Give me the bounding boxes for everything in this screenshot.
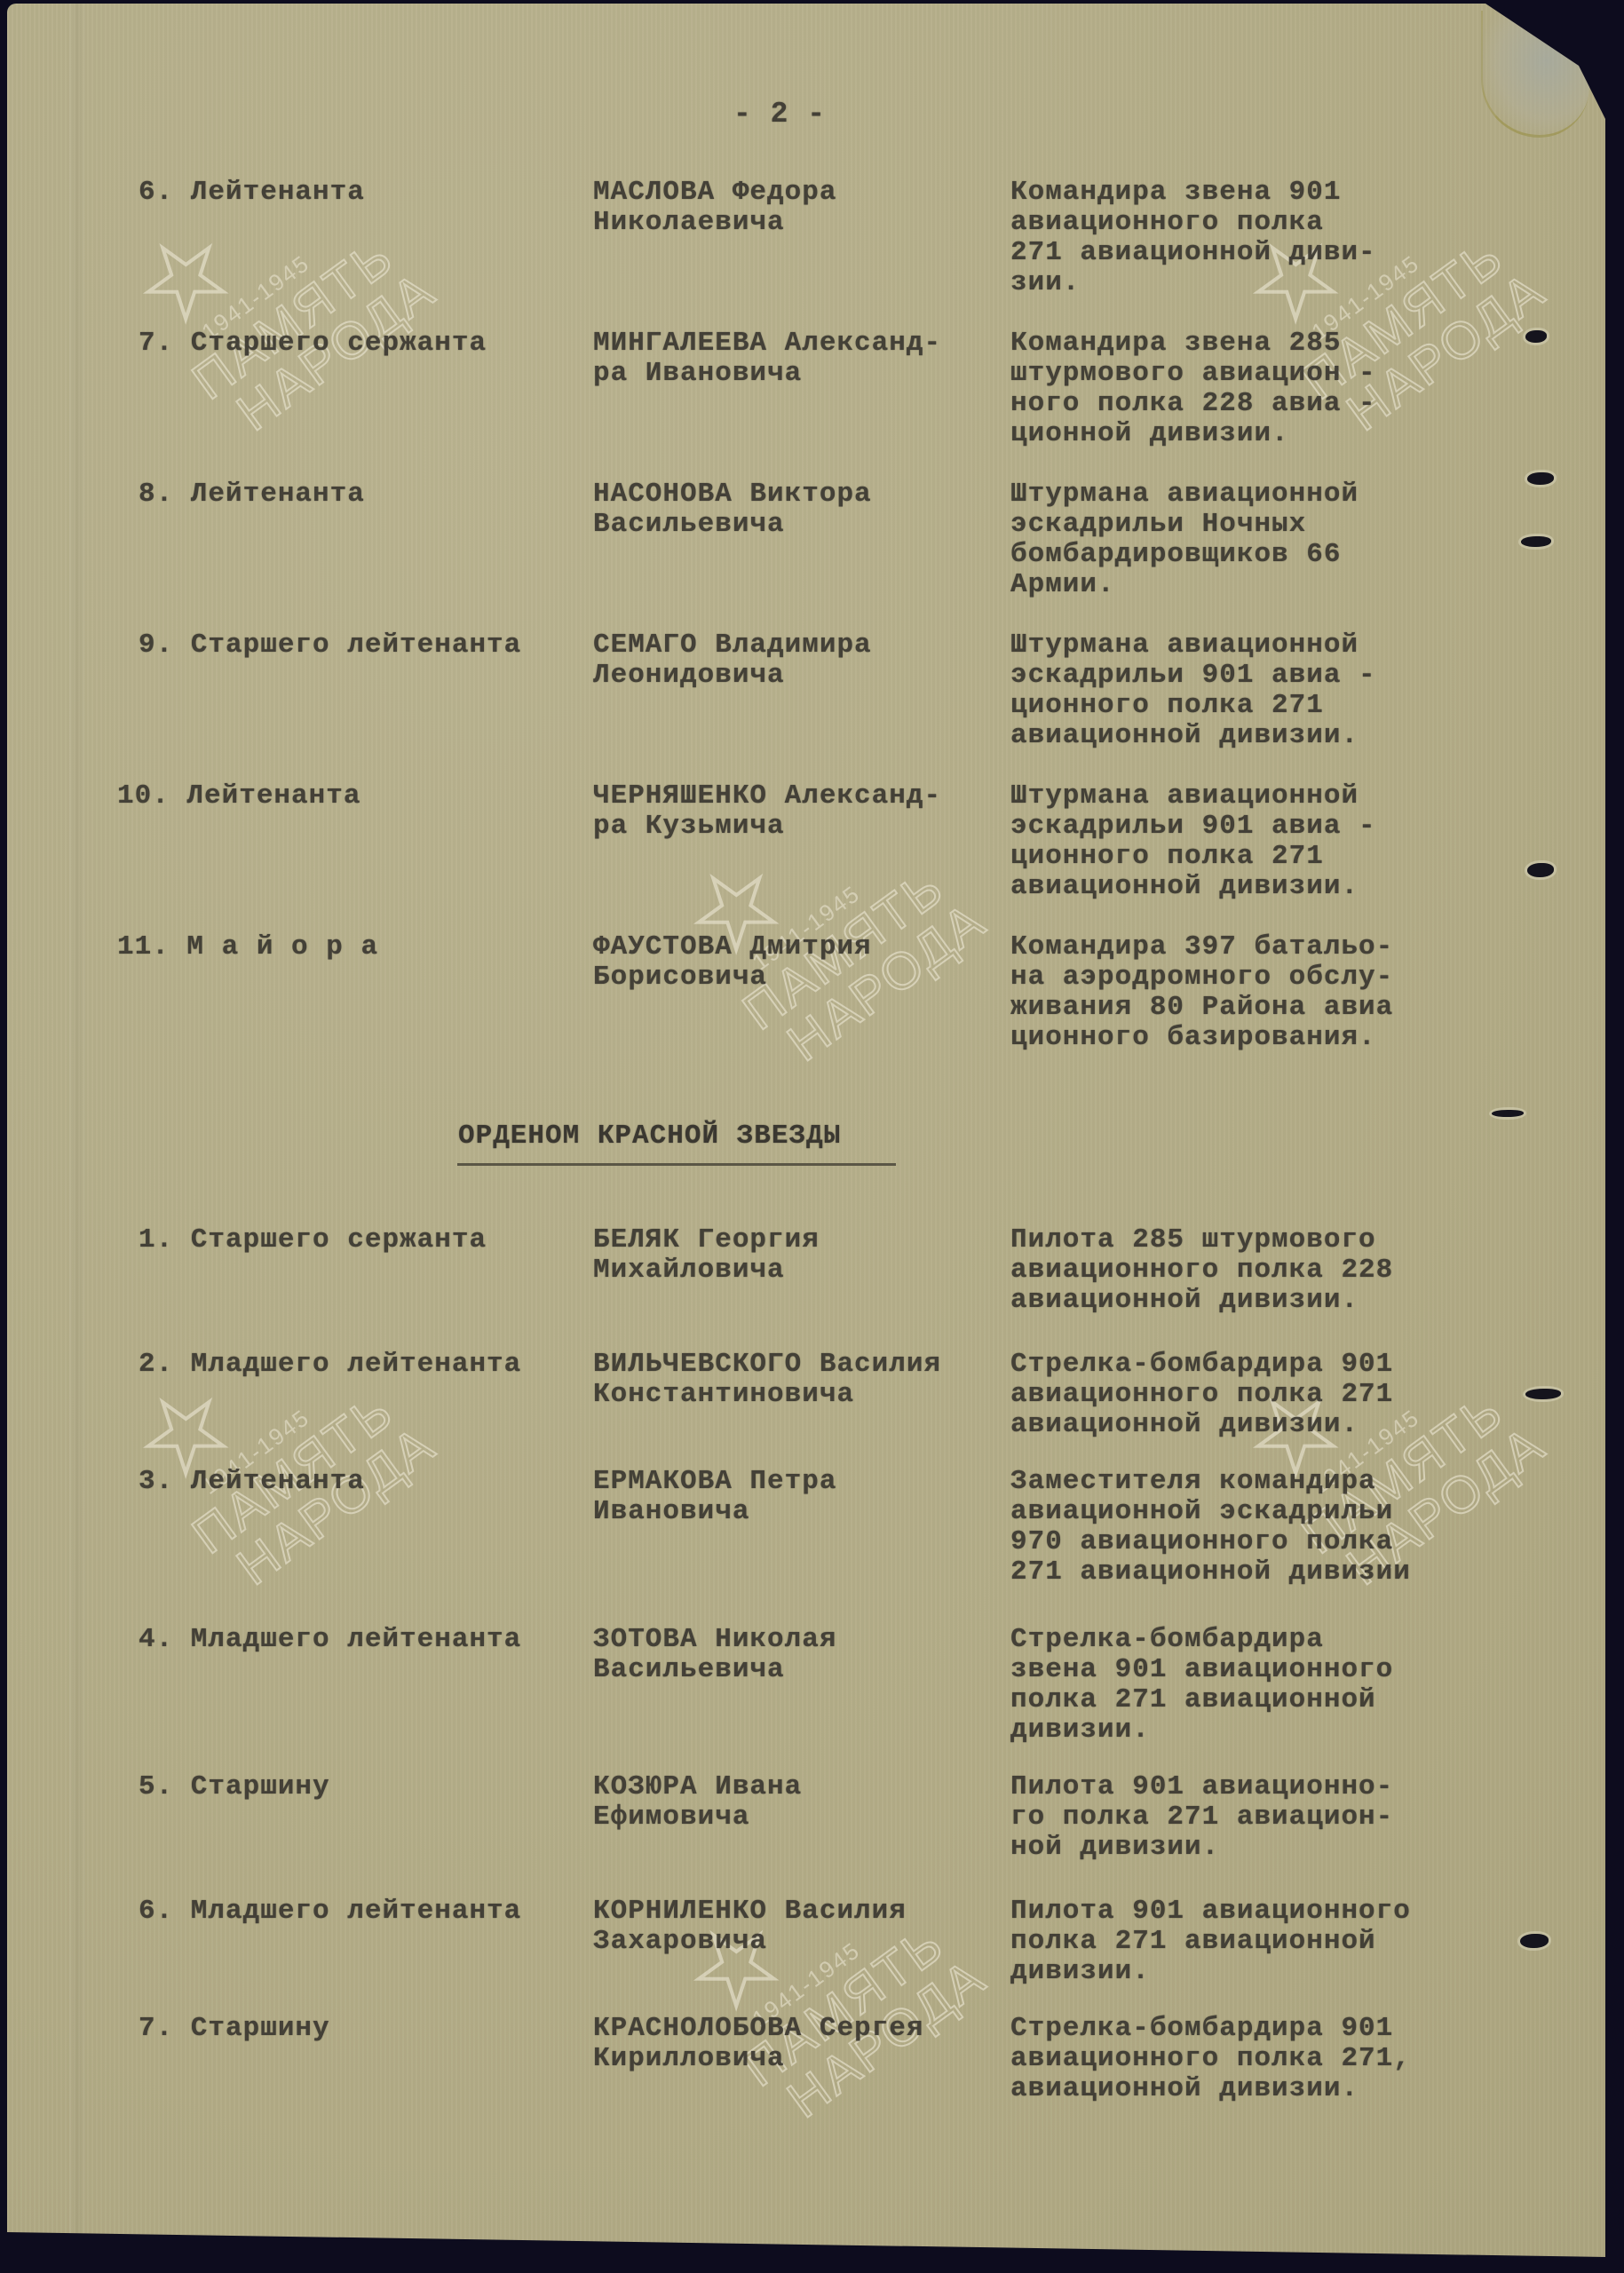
entry-name: НАСОНОВА Виктора Васильевича — [593, 479, 872, 540]
entry-rank: 8. Лейтенанта — [139, 479, 365, 510]
entry-name: ФАУСТОВА Дмитрия Борисовича — [593, 932, 872, 993]
entry-position: Пилота 285 штурмового авиационного полка… — [1010, 1225, 1393, 1316]
punch-hole — [1527, 863, 1554, 877]
entry-rank: 7. Старшину — [139, 2014, 330, 2044]
document-page: ★ 1941-1945 ПАМЯТЬ НАРОДА ★ 1941-1945 ПА… — [7, 4, 1605, 2257]
entry-rank: 1. Старшего сержанта — [139, 1225, 487, 1255]
entry-position: Штурмана авиационной эскадрильи Ночных б… — [1010, 479, 1359, 600]
entry-rank: 7. Старшего сержанта — [139, 329, 487, 359]
entry-name: ЧЕРНЯШЕНКО Александ- ра Кузьмича — [593, 781, 941, 842]
entry-rank: 4. Младшего лейтенанта — [139, 1625, 521, 1655]
section-heading: ОРДЕНОМ КРАСНОЙ ЗВЕЗДЫ — [458, 1121, 841, 1152]
entry-rank: 9. Старшего лейтенанта — [139, 630, 521, 661]
entry-name: КОЗЮРА Ивана Ефимовича — [593, 1772, 802, 1833]
entry-rank: 3. Лейтенанта — [139, 1467, 365, 1497]
entry-name: ВИЛЬЧЕВСКОГО Василия Константиновича — [593, 1350, 941, 1410]
entry-position: Пилота 901 авиационно- го полка 271 авиа… — [1010, 1772, 1393, 1863]
entry-rank: 6. Младшего лейтенанта — [139, 1897, 521, 1927]
punch-hole — [1521, 536, 1551, 547]
paper-fold — [69, 4, 85, 2257]
entry-name: КРАСНОЛОБОВА Сергея Кирилловича — [593, 2014, 923, 2074]
watermark: ★ 1941-1945 ПАМЯТЬ НАРОДА — [114, 125, 444, 450]
entry-position: Штурмана авиационной эскадрильи 901 авиа… — [1010, 630, 1376, 751]
entry-rank: 5. Старшину — [139, 1772, 330, 1802]
heading-underline — [457, 1163, 896, 1166]
paper-stain — [1481, 11, 1589, 138]
entry-name: КОРНИЛЕНКО Василия Захаровича — [593, 1897, 907, 1957]
entry-name: СЕМАГО Владимира Леонидовича — [593, 630, 872, 691]
entry-position: Заместителя командира авиационной эскадр… — [1010, 1467, 1411, 1588]
entry-position: Пилота 901 авиационного полка 271 авиаци… — [1010, 1897, 1411, 1987]
entry-rank: 10. Лейтенанта — [117, 781, 360, 812]
entry-rank: 2. Младшего лейтенанта — [139, 1350, 521, 1380]
entry-name: ЗОТОВА Николая Васильевича — [593, 1625, 836, 1685]
star-icon: ★ — [121, 125, 370, 344]
entry-position: Командира 397 батальо- на аэродромного о… — [1010, 932, 1393, 1053]
entry-position: Стрелка-бомбардира 901 авиационного полк… — [1010, 1350, 1393, 1440]
punch-hole — [1525, 1389, 1561, 1399]
punch-hole — [1520, 1934, 1549, 1948]
entry-name: МИНГАЛЕЕВА Александ- ра Ивановича — [593, 329, 941, 389]
entry-position: Командира звена 901 авиационного полка 2… — [1010, 178, 1376, 298]
entry-rank: 6. Лейтенанта — [139, 178, 365, 208]
entry-name: ЕРМАКОВА Петра Ивановича — [593, 1467, 836, 1527]
watermark: ★ 1941-1945 ПАМЯТЬ НАРОДА — [664, 1812, 994, 2137]
entry-position: Штурмана авиационной эскадрильи 901 авиа… — [1010, 781, 1376, 902]
entry-rank: 11. М а й о р а — [117, 932, 378, 962]
page-number: - 2 - — [733, 99, 826, 130]
entry-position: Командира звена 285 штурмового авиацион … — [1010, 329, 1376, 449]
entry-position: Стрелка-бомбардира звена 901 авиационног… — [1010, 1625, 1393, 1746]
punch-hole — [1525, 330, 1547, 343]
entry-position: Стрелка-бомбардира 901 авиационного полк… — [1010, 2014, 1411, 2104]
entry-name: МАСЛОВА Федора Николаевича — [593, 178, 836, 238]
punch-hole — [1492, 1110, 1524, 1117]
entry-name: БЕЛЯК Георгия Михайловича — [593, 1225, 820, 1286]
watermark: ★ 1941-1945 ПАМЯТЬ НАРОДА — [114, 1279, 444, 1604]
punch-hole — [1527, 472, 1554, 485]
